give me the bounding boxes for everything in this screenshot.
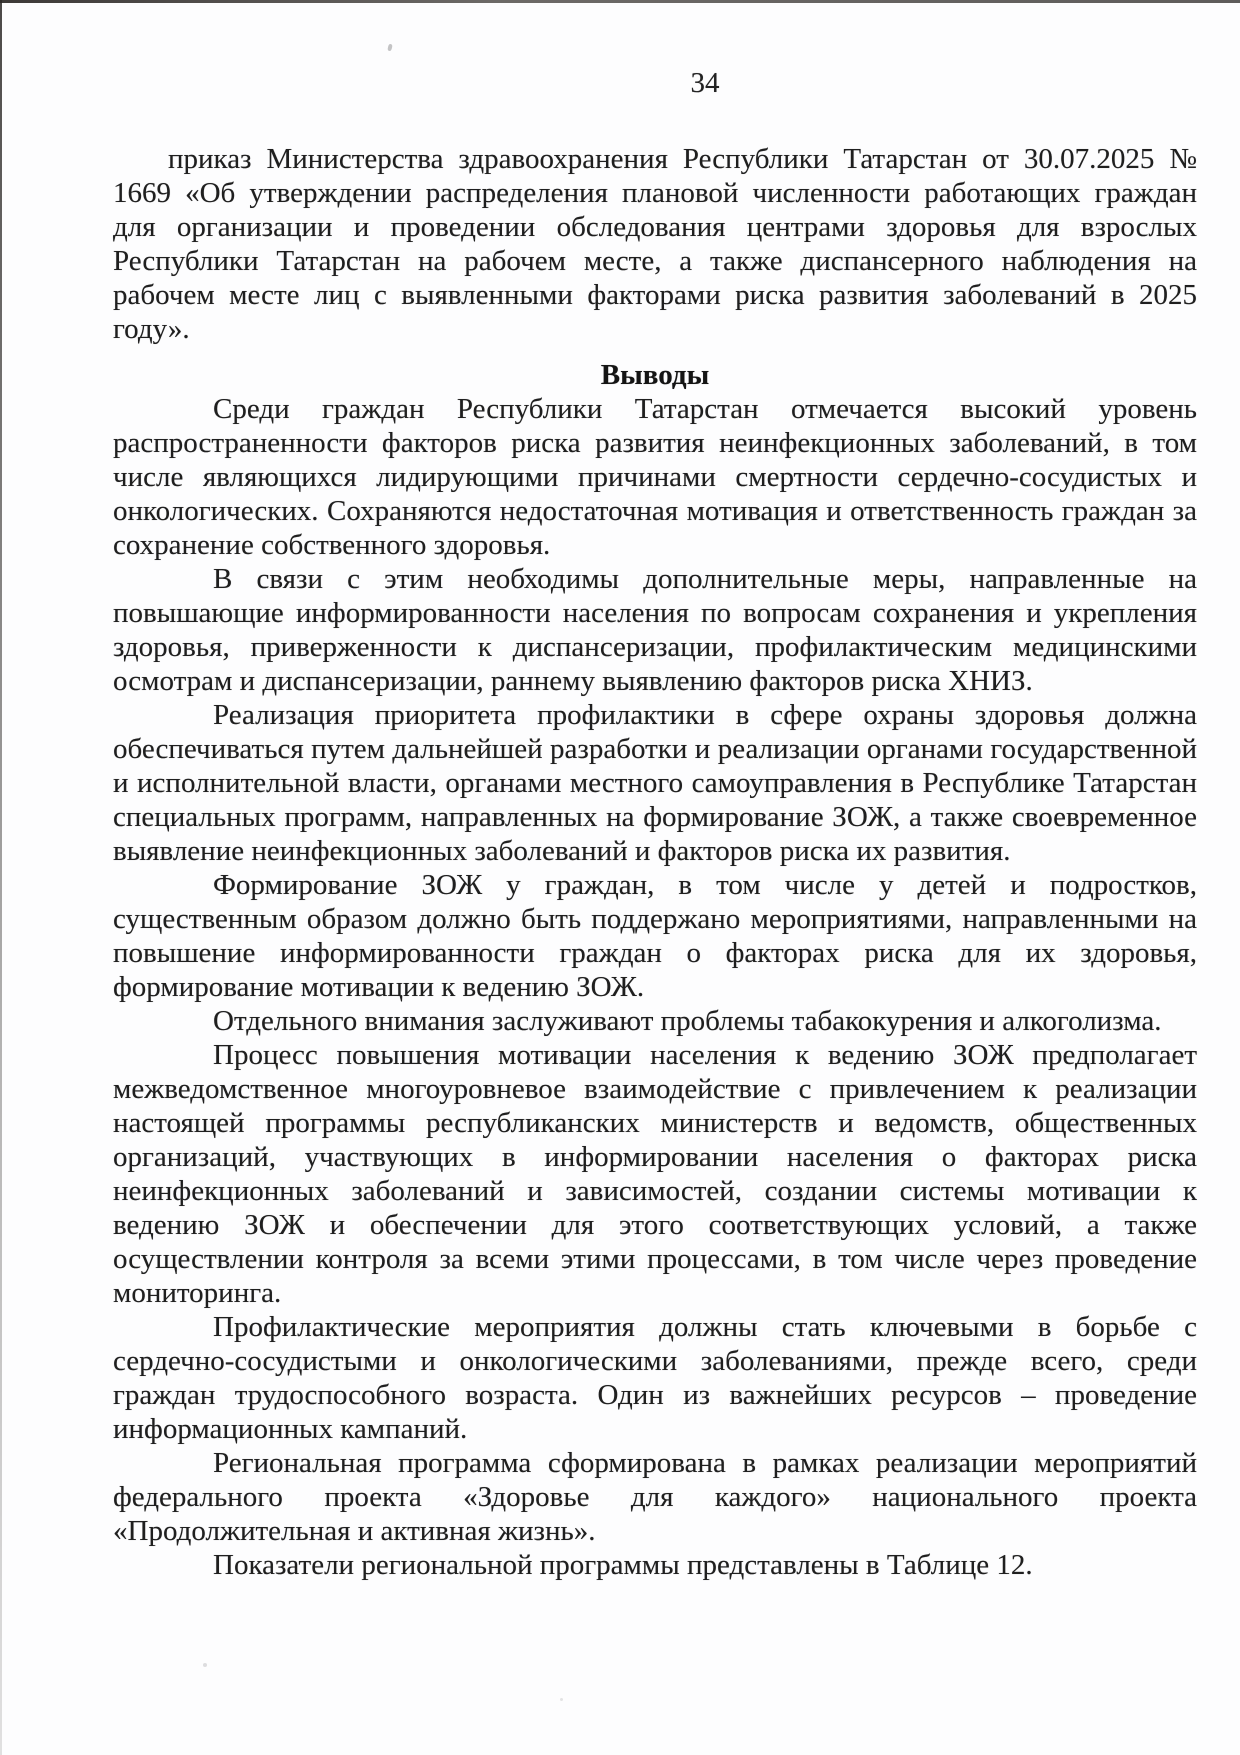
paragraph: В связи с этим необходимы дополнительные… [113, 562, 1197, 698]
paragraph: Профилактические мероприятия должны стат… [113, 1310, 1197, 1446]
paragraph: Региональная программа сформирована в ра… [113, 1446, 1197, 1548]
paragraph: Процесс повышения мотивации населения к … [113, 1038, 1197, 1310]
lead-paragraph: приказ Министерства здравоохранения Респ… [113, 142, 1197, 346]
paragraph: Формирование ЗОЖ у граждан, в том числе … [113, 868, 1197, 1004]
document-page: 34 приказ Министерства здравоохранения Р… [0, 0, 1240, 1582]
paragraph: Среди граждан Республики Татарстан отмеч… [113, 392, 1197, 562]
page-number: 34 [163, 66, 1240, 100]
paragraph: Реализация приоритета профилактики в сфе… [113, 698, 1197, 868]
paragraph: Показатели региональной программы предст… [113, 1548, 1197, 1582]
scan-speck [203, 1663, 207, 1667]
paragraph: Отдельного внимания заслуживают проблемы… [113, 1004, 1197, 1038]
text-block: 34 приказ Министерства здравоохранения Р… [0, 0, 1240, 1582]
section-heading: Выводы [113, 358, 1197, 392]
scan-speck [560, 1698, 563, 1701]
